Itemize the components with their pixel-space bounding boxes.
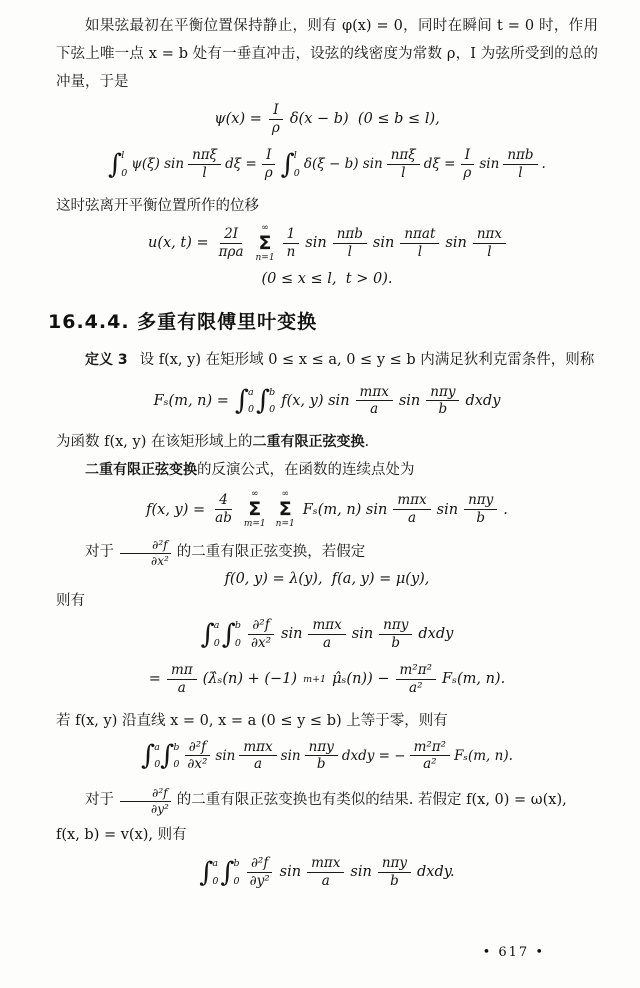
paragraph-then: 则有 (56, 587, 598, 615)
fraction: nπyb (464, 492, 497, 527)
fraction: m²π²a² (396, 662, 437, 697)
formula-dxx-zero: ∫a0 ∫b0 ∂²f∂x² sin mπxa sin nπyb dxdy = … (56, 739, 598, 774)
paragraph-definition: 定义 3设 f(x, y) 在矩形域 0 ≤ x ≤ a, 0 ≤ y ≤ b … (56, 346, 598, 374)
math-text: sin (445, 235, 466, 251)
definition-text: 设 f(x, y) 在矩形域 0 ≤ x ≤ a, 0 ≤ y ≤ b 内满足狄… (140, 352, 595, 368)
math-text: u(x, t) = (148, 235, 209, 251)
math-text: (0 ≤ x ≤ l, t > 0). (262, 271, 393, 287)
definition-label: 定义 3 (85, 352, 128, 368)
math-text: sin (437, 502, 458, 518)
math-text: dxdy (418, 626, 453, 642)
fraction: nπyb (379, 617, 412, 652)
fraction: nπξl (188, 147, 221, 182)
fraction: ∂²f∂x² (247, 617, 275, 652)
math-text: sin (280, 864, 301, 880)
math-text: sin (281, 748, 301, 764)
bold-term: 二重有限正弦变换 (85, 462, 197, 478)
math-text: dxdy. (417, 864, 455, 880)
integral-sign: ∫a0 (201, 619, 220, 649)
math-text: δ(x − b) (0 ≤ b ≤ l), (290, 111, 440, 127)
integral-sign: ∫a0 (141, 741, 160, 771)
math-text: dξ = (225, 156, 257, 172)
math-text: sin (352, 626, 373, 642)
math-text: Fₛ(m, n). (454, 748, 513, 764)
math-text: f(x, y) = (146, 502, 205, 518)
integral-sign: ∫b0 (256, 386, 275, 416)
math-text: Fₛ(m, n) sin (303, 502, 388, 518)
formula-dxx-result: = mπa (λ̂ₛ(n) + (−1)m+1 μ̂ₛ(n)) − m²π²a²… (56, 662, 598, 697)
formula-u-series: u(x, t) = 2Iπρa ∞Σn=1 1n sin nπbl sin nπ… (56, 224, 598, 263)
math-text: dxdy = − (342, 748, 406, 764)
summation-sign: ∞Σn=1 (256, 224, 275, 263)
integral-sign: ∫b0 (160, 741, 179, 771)
integral-sign: ∫l0 (281, 149, 300, 179)
integral-sign: ∫b0 (220, 857, 239, 887)
fraction: nπbl (503, 147, 537, 182)
page-number: • 617 • (483, 945, 545, 960)
paragraph-dfy-line2: f(x, b) = v(x), 则有 (56, 821, 598, 849)
math-text: . (542, 156, 546, 172)
fraction: Iρ (261, 147, 277, 182)
fraction: ∂²f∂x² (119, 538, 172, 568)
fraction: nπyb (426, 384, 459, 419)
section-heading: 16.4.4. 多重有限傅里叶变换 (48, 307, 598, 334)
math-text: sin (373, 235, 394, 251)
fraction: mπxa (356, 384, 393, 419)
paragraph-impulse: 如果弦最初在平衡位置保持静止，则有 φ(x) = 0，同时在瞬间 t = 0 时… (56, 12, 598, 96)
math-text: sin (479, 156, 499, 172)
math-text: sin (281, 626, 302, 642)
fraction: mπxa (393, 492, 430, 527)
fraction: nπatl (400, 226, 439, 261)
paragraph-displacement-intro: 这时弦离开平衡位置所作的位移 (56, 192, 598, 220)
fraction: mπa (167, 662, 197, 697)
fraction: ∂²f∂x² (183, 739, 211, 774)
paragraph-inversion-intro: 二重有限正弦变换的反演公式，在函数的连续点处为 (56, 456, 598, 484)
math-text: sin (350, 864, 371, 880)
math-text: sin (215, 748, 235, 764)
math-text: Fₛ(m, n). (442, 671, 505, 687)
fraction: m²π²a² (410, 739, 451, 774)
fraction: Iρ (268, 102, 284, 137)
formula-u-domain: (0 ≤ x ≤ l, t > 0). (56, 271, 598, 287)
formula-boundary-x: f(0, y) = λ(y), f(a, y) = μ(y), (56, 571, 598, 587)
math-text: sin (305, 235, 326, 251)
superscript: m+1 (303, 674, 326, 685)
math-text: (λ̂ₛ(n) + (−1) (203, 671, 297, 687)
math-text: dξ = (424, 156, 456, 172)
fraction: nπξl (387, 147, 420, 182)
math-text: f(x, y) sin (281, 393, 349, 409)
math-text: δ(ξ − b) sin (304, 156, 383, 172)
fraction: ∂²f∂y² (246, 855, 274, 890)
fraction: mπxa (239, 739, 276, 774)
fraction: ∂²f∂y² (119, 786, 172, 816)
summation-sign: ∞Σm=1 (244, 490, 266, 529)
math-text: Fₛ(m, n) = (154, 393, 229, 409)
math-text: . (503, 502, 508, 518)
integral-sign: ∫a0 (235, 386, 254, 416)
formula-fs-definition: Fₛ(m, n) = ∫a0 ∫b0 f(x, y) sin mπxa sin … (56, 384, 598, 419)
fraction: Iρ (459, 147, 475, 182)
summation-sign: ∞Σn=1 (276, 490, 295, 529)
fraction: mπxa (307, 855, 344, 890)
document-page: 如果弦最初在平衡位置保持静止，则有 φ(x) = 0，同时在瞬间 t = 0 时… (0, 0, 640, 988)
integral-sign: ∫b0 (222, 619, 241, 649)
integral-sign: ∫l0 (108, 149, 127, 179)
math-text: sin (399, 393, 420, 409)
paragraph-sine-transform-name: 为函数 f(x, y) 在该矩形域上的二重有限正弦变换. (56, 428, 598, 456)
paragraph-dfy-intro: 对于∂²f∂y²的二重有限正弦变换也有类似的结果. 若假定 f(x, 0) = … (56, 785, 598, 815)
integral-sign: ∫a0 (199, 857, 218, 887)
math-text: dxdy (465, 393, 500, 409)
formula-inversion: f(x, y) = 4ab ∞Σm=1 ∞Σn=1 Fₛ(m, n) sin m… (56, 490, 598, 529)
fraction: 4ab (211, 492, 236, 527)
formula-dxx-transform: ∫a0 ∫b0 ∂²f∂x² sin mπxa sin nπyb dxdy (56, 617, 598, 652)
fraction: nπxl (473, 226, 506, 261)
fraction: 2Iπρa (215, 226, 248, 261)
bold-term: 二重有限正弦变换 (253, 434, 365, 450)
formula-psi: ψ(x) = Iρ δ(x − b) (0 ≤ b ≤ l), (56, 102, 598, 137)
formula-sine-integral: ∫l0 ψ(ξ) sin nπξl dξ = Iρ ∫l0 δ(ξ − b) s… (56, 147, 598, 182)
math-text: ψ(x) = (214, 111, 262, 127)
fraction: 1n (283, 226, 300, 261)
fraction: nπbl (333, 226, 367, 261)
math-text: = (149, 671, 161, 687)
math-text: f(0, y) = λ(y), f(a, y) = μ(y), (225, 571, 430, 587)
paragraph-zero-condition: 若 f(x, y) 沿直线 x = 0, x = a (0 ≤ y ≤ b) 上… (56, 707, 598, 735)
fraction: nπyb (305, 739, 338, 774)
fraction: nπyb (378, 855, 411, 890)
math-text: ψ(ξ) sin (131, 156, 184, 172)
math-text: μ̂ₛ(n)) − (332, 671, 389, 687)
formula-dyy-transform: ∫a0 ∫b0 ∂²f∂y² sin mπxa sin nπyb dxdy. (56, 855, 598, 890)
paragraph-dfx-intro: 对于∂²f∂x²的二重有限正弦变换，若假定 (56, 537, 598, 567)
fraction: mπxa (308, 617, 345, 652)
